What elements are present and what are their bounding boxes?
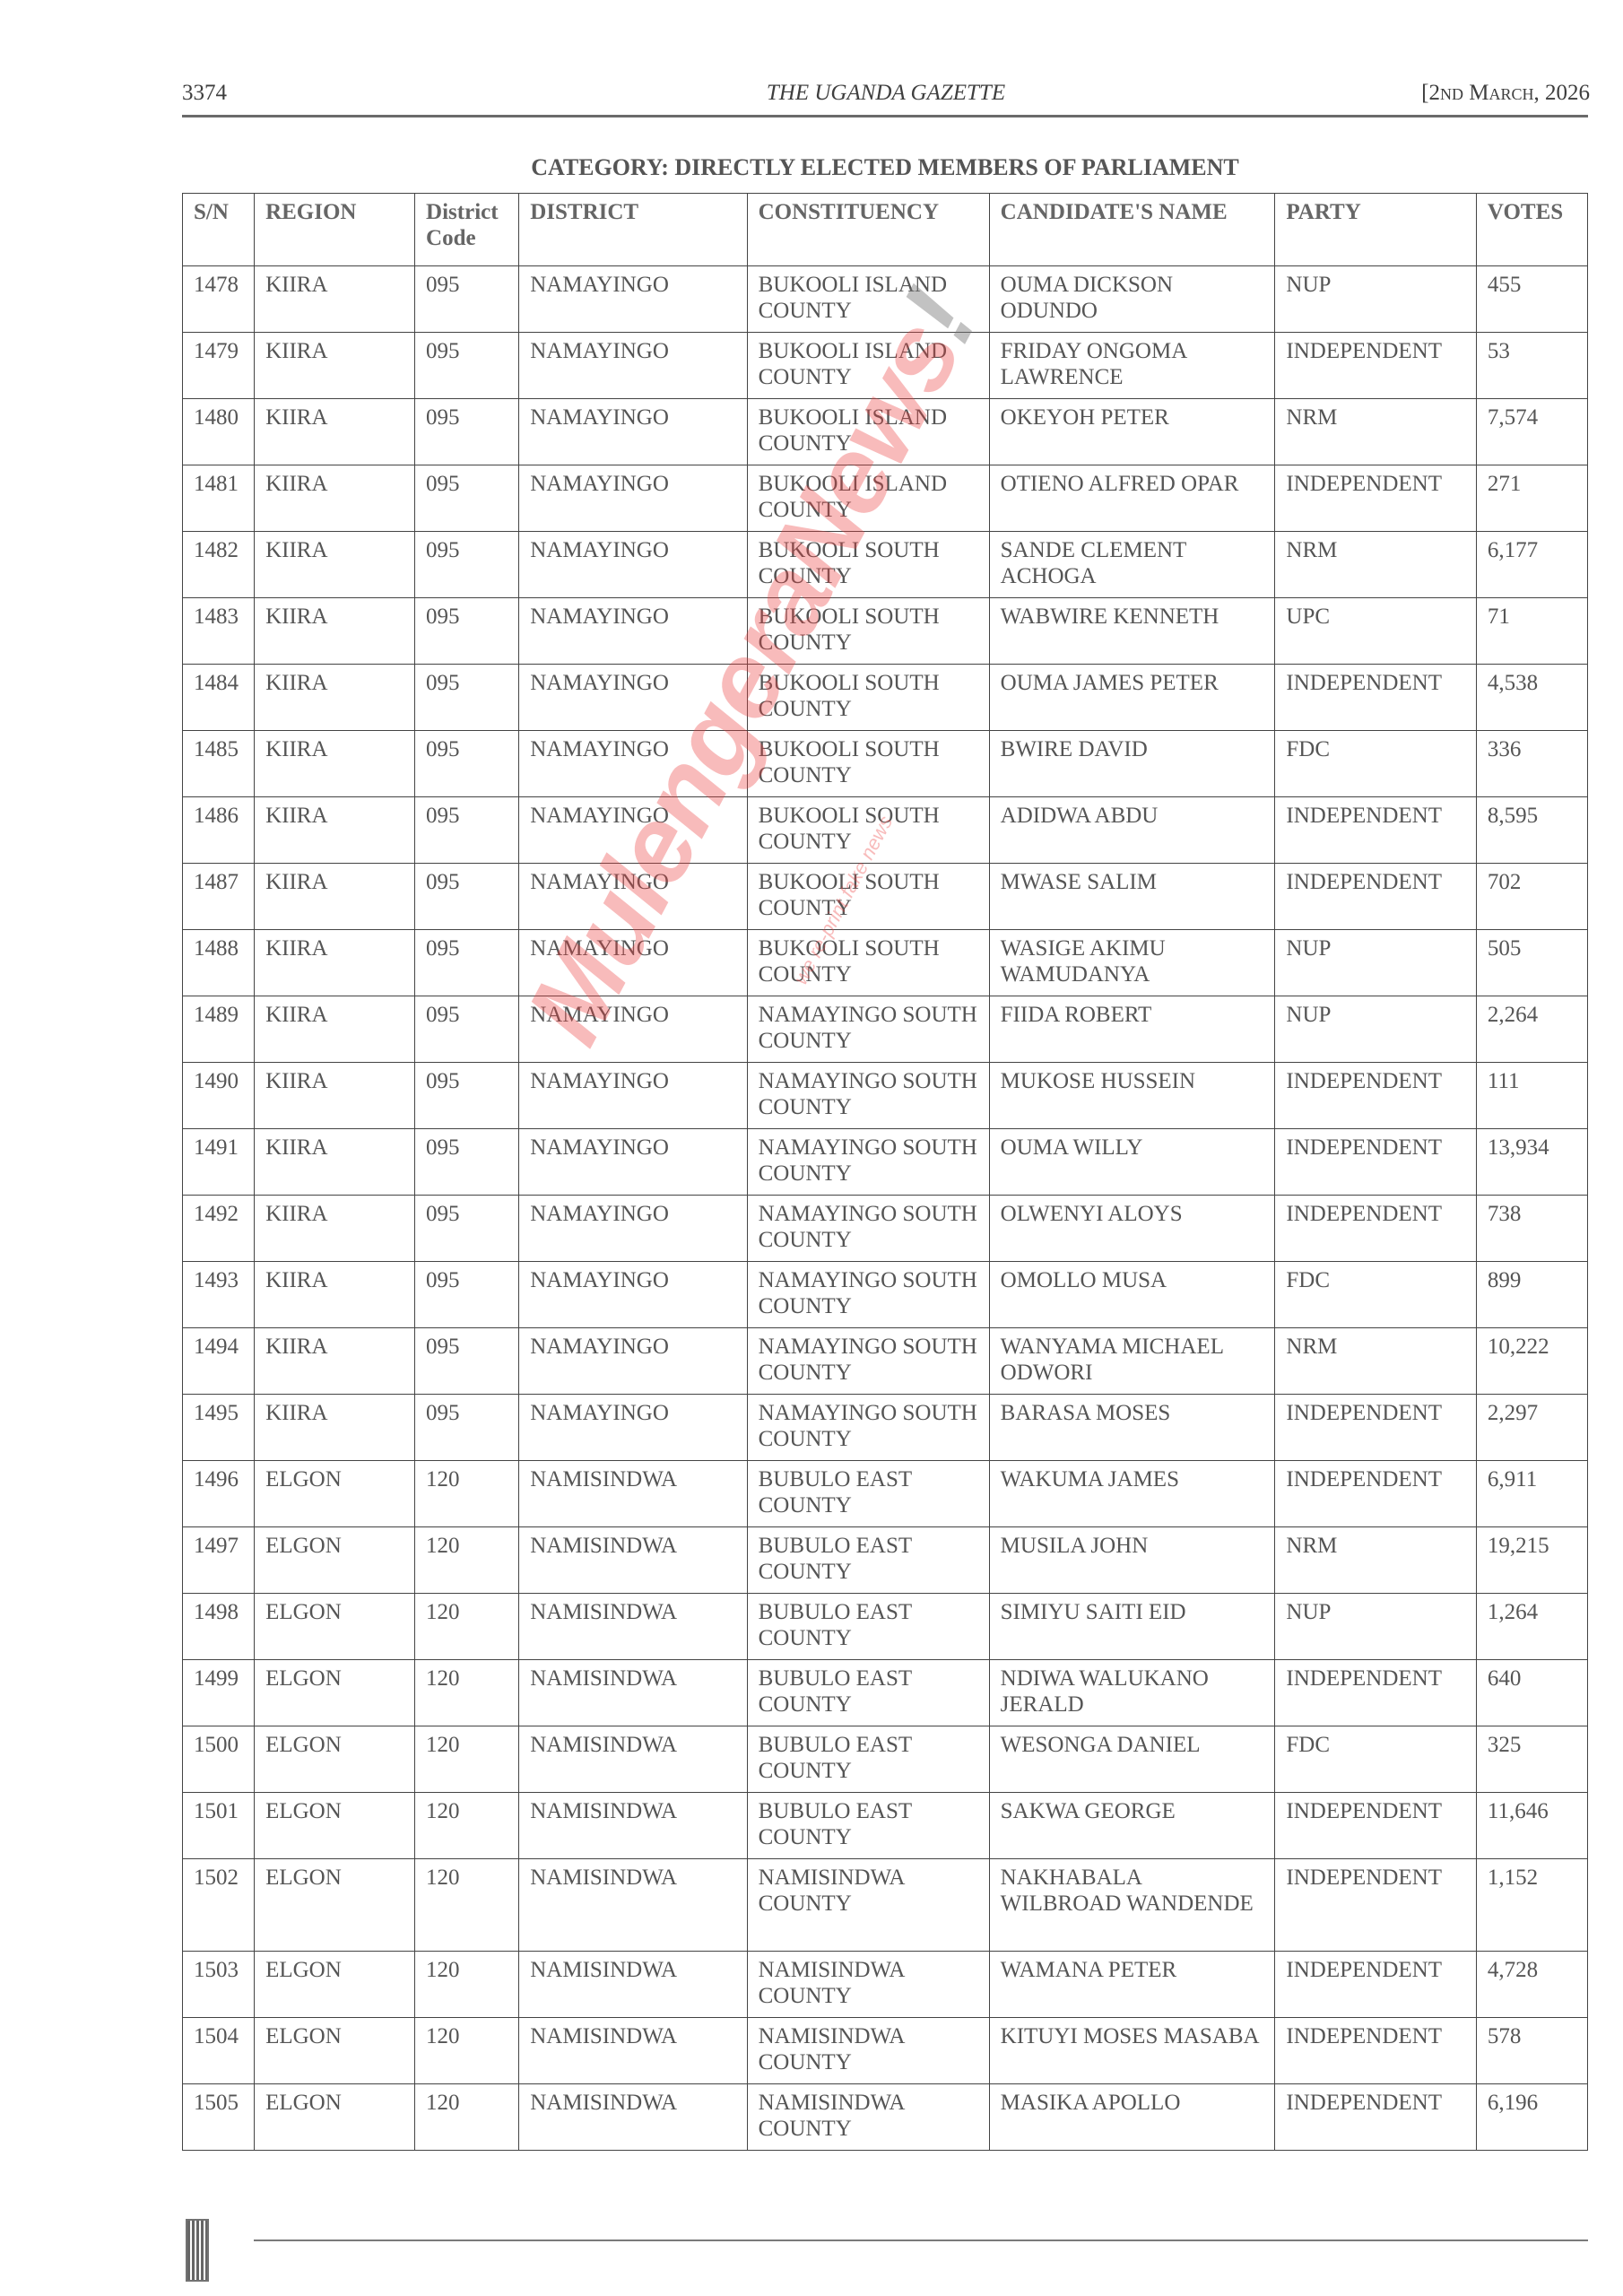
candidate-name-cell: WANYAMA MICHAEL ODWORI: [989, 1328, 1275, 1395]
votes-cell: 640: [1476, 1660, 1587, 1726]
votes-cell: 325: [1476, 1726, 1587, 1793]
constituency-cell: BUKOOLI SOUTH COUNTY: [747, 598, 989, 665]
serial-number-cell: 1497: [183, 1527, 255, 1594]
serial-number-cell: 1482: [183, 532, 255, 598]
candidate-name-cell: ADIDWA ABDU: [989, 797, 1275, 864]
votes-cell: 2,264: [1476, 996, 1587, 1063]
serial-number-cell: 1480: [183, 399, 255, 465]
district-code-cell: 120: [415, 1952, 519, 2018]
district-cell: NAMISINDWA: [519, 1527, 747, 1594]
table-row: 1478KIIRA095NAMAYINGOBUKOOLI ISLAND COUN…: [183, 266, 1588, 333]
candidate-name-cell: WAMANA PETER: [989, 1952, 1275, 2018]
district-code-cell: 095: [415, 598, 519, 665]
constituency-cell: NAMISINDWA COUNTY: [747, 1952, 989, 2018]
page-header: 3374 THE UGANDA GAZETTE [2nd March, 2026: [182, 81, 1590, 113]
table-row: 1486KIIRA095NAMAYINGOBUKOOLI SOUTH COUNT…: [183, 797, 1588, 864]
table-row: 1499ELGON120NAMISINDWABUBULO EAST COUNTY…: [183, 1660, 1588, 1726]
party-cell: NRM: [1275, 532, 1477, 598]
table-row: 1484KIIRA095NAMAYINGOBUKOOLI SOUTH COUNT…: [183, 665, 1588, 731]
region-cell: KIIRA: [255, 532, 415, 598]
district-cell: NAMAYINGO: [519, 864, 747, 930]
district-cell: NAMAYINGO: [519, 996, 747, 1063]
constituency-cell: BUKOOLI SOUTH COUNTY: [747, 665, 989, 731]
district-code-cell: 095: [415, 797, 519, 864]
candidate-name-cell: OUMA WILLY: [989, 1129, 1275, 1196]
serial-number-cell: 1493: [183, 1262, 255, 1328]
district-code-cell: 095: [415, 864, 519, 930]
votes-cell: 738: [1476, 1196, 1587, 1262]
region-cell: KIIRA: [255, 731, 415, 797]
serial-number-cell: 1484: [183, 665, 255, 731]
party-cell: INDEPENDENT: [1275, 465, 1477, 532]
party-cell: INDEPENDENT: [1275, 797, 1477, 864]
region-cell: KIIRA: [255, 1196, 415, 1262]
district-code-cell: 095: [415, 333, 519, 399]
constituency-cell: NAMAYINGO SOUTH COUNTY: [747, 1262, 989, 1328]
serial-number-cell: 1490: [183, 1063, 255, 1129]
district-cell: NAMISINDWA: [519, 1952, 747, 2018]
serial-number-cell: 1499: [183, 1660, 255, 1726]
serial-number-cell: 1492: [183, 1196, 255, 1262]
votes-cell: 899: [1476, 1262, 1587, 1328]
party-cell: INDEPENDENT: [1275, 1395, 1477, 1461]
column-header: VOTES: [1476, 194, 1587, 266]
district-cell: NAMAYINGO: [519, 665, 747, 731]
column-header: PARTY: [1275, 194, 1477, 266]
votes-cell: 2,297: [1476, 1395, 1587, 1461]
district-cell: NAMAYINGO: [519, 1196, 747, 1262]
district-cell: NAMISINDWA: [519, 1461, 747, 1527]
district-code-cell: 120: [415, 1660, 519, 1726]
table-row: 1493KIIRA095NAMAYINGONAMAYINGO SOUTH COU…: [183, 1262, 1588, 1328]
serial-number-cell: 1478: [183, 266, 255, 333]
header-rule: [182, 115, 1588, 117]
constituency-cell: BUKOOLI SOUTH COUNTY: [747, 532, 989, 598]
region-cell: ELGON: [255, 1527, 415, 1594]
table-row: 1490KIIRA095NAMAYINGONAMAYINGO SOUTH COU…: [183, 1063, 1588, 1129]
constituency-cell: NAMISINDWA COUNTY: [747, 2084, 989, 2151]
party-cell: INDEPENDENT: [1275, 333, 1477, 399]
party-cell: INDEPENDENT: [1275, 1196, 1477, 1262]
district-cell: NAMISINDWA: [519, 1660, 747, 1726]
candidate-name-cell: WASIGE AKIMU WAMUDANYA: [989, 930, 1275, 996]
candidate-name-cell: SANDE CLEMENT ACHOGA: [989, 532, 1275, 598]
party-cell: NUP: [1275, 1594, 1477, 1660]
votes-cell: 8,595: [1476, 797, 1587, 864]
constituency-cell: BUKOOLI SOUTH COUNTY: [747, 797, 989, 864]
district-code-cell: 095: [415, 1328, 519, 1395]
candidate-name-cell: OLWENYI ALOYS: [989, 1196, 1275, 1262]
party-cell: NRM: [1275, 1527, 1477, 1594]
table-body: 1478KIIRA095NAMAYINGOBUKOOLI ISLAND COUN…: [183, 266, 1588, 2151]
region-cell: KIIRA: [255, 1129, 415, 1196]
date-year: , 2026: [1534, 81, 1591, 105]
publication-title: THE UGANDA GAZETTE: [182, 81, 1590, 106]
district-code-cell: 095: [415, 1395, 519, 1461]
candidate-name-cell: KITUYI MOSES MASABA: [989, 2018, 1275, 2084]
serial-number-cell: 1502: [183, 1859, 255, 1952]
votes-cell: 6,911: [1476, 1461, 1587, 1527]
constituency-cell: NAMAYINGO SOUTH COUNTY: [747, 1196, 989, 1262]
district-code-cell: 120: [415, 2084, 519, 2151]
district-code-cell: 095: [415, 532, 519, 598]
district-code-cell: 120: [415, 1793, 519, 1859]
constituency-cell: BUBULO EAST COUNTY: [747, 1594, 989, 1660]
district-cell: NAMISINDWA: [519, 1859, 747, 1952]
votes-cell: 1,152: [1476, 1859, 1587, 1952]
region-cell: KIIRA: [255, 665, 415, 731]
constituency-cell: BUKOOLI ISLAND COUNTY: [747, 399, 989, 465]
constituency-cell: BUBULO EAST COUNTY: [747, 1660, 989, 1726]
district-cell: NAMAYINGO: [519, 1063, 747, 1129]
district-cell: NAMAYINGO: [519, 266, 747, 333]
district-code-cell: 095: [415, 1196, 519, 1262]
votes-cell: 111: [1476, 1063, 1587, 1129]
party-cell: INDEPENDENT: [1275, 2018, 1477, 2084]
candidate-name-cell: WESONGA DANIEL: [989, 1726, 1275, 1793]
table-row: 1492KIIRA095NAMAYINGONAMAYINGO SOUTH COU…: [183, 1196, 1588, 1262]
district-code-cell: 120: [415, 2018, 519, 2084]
party-cell: INDEPENDENT: [1275, 864, 1477, 930]
table-row: 1479KIIRA095NAMAYINGOBUKOOLI ISLAND COUN…: [183, 333, 1588, 399]
district-code-cell: 095: [415, 1129, 519, 1196]
publication-date: [2nd March, 2026: [1421, 81, 1590, 106]
district-cell: NAMAYINGO: [519, 797, 747, 864]
column-header: DISTRICT: [519, 194, 747, 266]
candidate-name-cell: WABWIRE KENNETH: [989, 598, 1275, 665]
candidate-name-cell: OUMA DICKSON ODUNDO: [989, 266, 1275, 333]
region-cell: ELGON: [255, 1726, 415, 1793]
column-header: District Code: [415, 194, 519, 266]
party-cell: NUP: [1275, 266, 1477, 333]
table-row: 1495KIIRA095NAMAYINGONAMAYINGO SOUTH COU…: [183, 1395, 1588, 1461]
serial-number-cell: 1487: [183, 864, 255, 930]
region-cell: ELGON: [255, 1793, 415, 1859]
table-row: 1488KIIRA095NAMAYINGOBUKOOLI SOUTH COUNT…: [183, 930, 1588, 996]
candidate-name-cell: OTIENO ALFRED OPAR: [989, 465, 1275, 532]
party-cell: INDEPENDENT: [1275, 1129, 1477, 1196]
constituency-cell: BUKOOLI SOUTH COUNTY: [747, 731, 989, 797]
candidate-name-cell: MUSILA JOHN: [989, 1527, 1275, 1594]
serial-number-cell: 1498: [183, 1594, 255, 1660]
party-cell: INDEPENDENT: [1275, 1063, 1477, 1129]
candidate-name-cell: FIIDA ROBERT: [989, 996, 1275, 1063]
party-cell: INDEPENDENT: [1275, 1952, 1477, 2018]
date-month: nd March: [1440, 81, 1534, 105]
date-day: 2: [1429, 81, 1441, 105]
table-row: 1500ELGON120NAMISINDWABUBULO EAST COUNTY…: [183, 1726, 1588, 1793]
serial-number-cell: 1505: [183, 2084, 255, 2151]
votes-cell: 4,538: [1476, 665, 1587, 731]
district-cell: NAMAYINGO: [519, 532, 747, 598]
party-cell: UPC: [1275, 598, 1477, 665]
party-cell: INDEPENDENT: [1275, 1660, 1477, 1726]
candidate-name-cell: OUMA JAMES PETER: [989, 665, 1275, 731]
constituency-cell: NAMAYINGO SOUTH COUNTY: [747, 1395, 989, 1461]
serial-number-cell: 1504: [183, 2018, 255, 2084]
table-row: 1487KIIRA095NAMAYINGOBUKOOLI SOUTH COUNT…: [183, 864, 1588, 930]
votes-cell: 7,574: [1476, 399, 1587, 465]
table-row: 1503ELGON120NAMISINDWANAMISINDWA COUNTYW…: [183, 1952, 1588, 2018]
constituency-cell: NAMISINDWA COUNTY: [747, 2018, 989, 2084]
table-row: 1501ELGON120NAMISINDWABUBULO EAST COUNTY…: [183, 1793, 1588, 1859]
votes-cell: 1,264: [1476, 1594, 1587, 1660]
region-cell: KIIRA: [255, 465, 415, 532]
serial-number-cell: 1485: [183, 731, 255, 797]
district-code-cell: 095: [415, 1063, 519, 1129]
votes-cell: 336: [1476, 731, 1587, 797]
district-code-cell: 120: [415, 1594, 519, 1660]
votes-cell: 271: [1476, 465, 1587, 532]
table-row: 1502ELGON120NAMISINDWANAMISINDWA COUNTYN…: [183, 1859, 1588, 1952]
candidate-name-cell: OMOLLO MUSA: [989, 1262, 1275, 1328]
constituency-cell: BUBULO EAST COUNTY: [747, 1726, 989, 1793]
votes-cell: 19,215: [1476, 1527, 1587, 1594]
district-code-cell: 120: [415, 1726, 519, 1793]
column-header: CONSTITUENCY: [747, 194, 989, 266]
candidate-name-cell: NAKHABALA WILBROAD WANDENDE: [989, 1859, 1275, 1952]
votes-cell: 53: [1476, 333, 1587, 399]
district-code-cell: 095: [415, 996, 519, 1063]
candidate-name-cell: SIMIYU SAITI EID: [989, 1594, 1275, 1660]
region-cell: ELGON: [255, 1594, 415, 1660]
constituency-cell: BUBULO EAST COUNTY: [747, 1793, 989, 1859]
candidate-name-cell: OKEYOH PETER: [989, 399, 1275, 465]
district-cell: NAMAYINGO: [519, 1395, 747, 1461]
table-row: 1491KIIRA095NAMAYINGONAMAYINGO SOUTH COU…: [183, 1129, 1588, 1196]
region-cell: KIIRA: [255, 333, 415, 399]
party-cell: INDEPENDENT: [1275, 1461, 1477, 1527]
table-row: 1494KIIRA095NAMAYINGONAMAYINGO SOUTH COU…: [183, 1328, 1588, 1395]
candidate-name-cell: BARASA MOSES: [989, 1395, 1275, 1461]
region-cell: ELGON: [255, 2018, 415, 2084]
category-title: CATEGORY: DIRECTLY ELECTED MEMBERS OF PA…: [182, 154, 1588, 181]
party-cell: FDC: [1275, 1726, 1477, 1793]
region-cell: ELGON: [255, 2084, 415, 2151]
table-row: 1498ELGON120NAMISINDWABUBULO EAST COUNTY…: [183, 1594, 1588, 1660]
district-cell: NAMAYINGO: [519, 399, 747, 465]
votes-cell: 13,934: [1476, 1129, 1587, 1196]
district-code-cell: 120: [415, 1527, 519, 1594]
party-cell: INDEPENDENT: [1275, 1859, 1477, 1952]
party-cell: INDEPENDENT: [1275, 1793, 1477, 1859]
table-row: 1482KIIRA095NAMAYINGOBUKOOLI SOUTH COUNT…: [183, 532, 1588, 598]
district-code-cell: 095: [415, 266, 519, 333]
candidate-name-cell: BWIRE DAVID: [989, 731, 1275, 797]
party-cell: NRM: [1275, 1328, 1477, 1395]
votes-cell: 71: [1476, 598, 1587, 665]
region-cell: KIIRA: [255, 797, 415, 864]
district-cell: NAMAYINGO: [519, 1328, 747, 1395]
serial-number-cell: 1488: [183, 930, 255, 996]
results-table: S/NREGIONDistrict CodeDISTRICTCONSTITUEN…: [182, 193, 1588, 2151]
candidate-name-cell: MWASE SALIM: [989, 864, 1275, 930]
district-code-cell: 120: [415, 1461, 519, 1527]
district-code-cell: 095: [415, 930, 519, 996]
table-header-row: S/NREGIONDistrict CodeDISTRICTCONSTITUEN…: [183, 194, 1588, 266]
region-cell: ELGON: [255, 1461, 415, 1527]
constituency-cell: BUKOOLI SOUTH COUNTY: [747, 930, 989, 996]
region-cell: KIIRA: [255, 1262, 415, 1328]
constituency-cell: NAMAYINGO SOUTH COUNTY: [747, 1063, 989, 1129]
region-cell: KIIRA: [255, 266, 415, 333]
footer-rule: [254, 2239, 1588, 2241]
region-cell: ELGON: [255, 1660, 415, 1726]
region-cell: KIIRA: [255, 1063, 415, 1129]
constituency-cell: BUKOOLI ISLAND COUNTY: [747, 266, 989, 333]
table-row: 1504ELGON120NAMISINDWANAMISINDWA COUNTYK…: [183, 2018, 1588, 2084]
district-cell: NAMAYINGO: [519, 1129, 747, 1196]
constituency-cell: BUKOOLI SOUTH COUNTY: [747, 864, 989, 930]
region-cell: KIIRA: [255, 399, 415, 465]
column-header: CANDIDATE'S NAME: [989, 194, 1275, 266]
region-cell: KIIRA: [255, 1328, 415, 1395]
table-row: 1483KIIRA095NAMAYINGOBUKOOLI SOUTH COUNT…: [183, 598, 1588, 665]
date-bracket: [: [1421, 81, 1428, 105]
region-cell: KIIRA: [255, 930, 415, 996]
district-code-cell: 095: [415, 665, 519, 731]
district-cell: NAMAYINGO: [519, 731, 747, 797]
district-cell: NAMAYINGO: [519, 598, 747, 665]
votes-cell: 6,196: [1476, 2084, 1587, 2151]
votes-cell: 10,222: [1476, 1328, 1587, 1395]
district-code-cell: 095: [415, 465, 519, 532]
region-cell: KIIRA: [255, 996, 415, 1063]
serial-number-cell: 1491: [183, 1129, 255, 1196]
serial-number-cell: 1496: [183, 1461, 255, 1527]
serial-number-cell: 1481: [183, 465, 255, 532]
votes-cell: 702: [1476, 864, 1587, 930]
votes-cell: 4,728: [1476, 1952, 1587, 2018]
serial-number-cell: 1501: [183, 1793, 255, 1859]
constituency-cell: NAMAYINGO SOUTH COUNTY: [747, 996, 989, 1063]
column-header: REGION: [255, 194, 415, 266]
table-row: 1505ELGON120NAMISINDWANAMISINDWA COUNTYM…: [183, 2084, 1588, 2151]
district-cell: NAMISINDWA: [519, 2018, 747, 2084]
constituency-cell: BUKOOLI ISLAND COUNTY: [747, 465, 989, 532]
district-code-cell: 120: [415, 1859, 519, 1952]
region-cell: ELGON: [255, 1952, 415, 2018]
region-cell: ELGON: [255, 1859, 415, 1952]
party-cell: NUP: [1275, 996, 1477, 1063]
table-row: 1480KIIRA095NAMAYINGOBUKOOLI ISLAND COUN…: [183, 399, 1588, 465]
candidate-name-cell: MUKOSE HUSSEIN: [989, 1063, 1275, 1129]
serial-number-cell: 1489: [183, 996, 255, 1063]
party-cell: FDC: [1275, 1262, 1477, 1328]
district-cell: NAMAYINGO: [519, 930, 747, 996]
candidate-name-cell: FRIDAY ONGOMA LAWRENCE: [989, 333, 1275, 399]
district-cell: NAMISINDWA: [519, 2084, 747, 2151]
constituency-cell: BUBULO EAST COUNTY: [747, 1461, 989, 1527]
candidate-name-cell: NDIWA WALUKANO JERALD: [989, 1660, 1275, 1726]
votes-cell: 505: [1476, 930, 1587, 996]
constituency-cell: BUBULO EAST COUNTY: [747, 1527, 989, 1594]
district-code-cell: 095: [415, 399, 519, 465]
serial-number-cell: 1479: [183, 333, 255, 399]
candidate-name-cell: MASIKA APOLLO: [989, 2084, 1275, 2151]
serial-number-cell: 1494: [183, 1328, 255, 1395]
votes-cell: 11,646: [1476, 1793, 1587, 1859]
serial-number-cell: 1483: [183, 598, 255, 665]
district-code-cell: 095: [415, 1262, 519, 1328]
column-header: S/N: [183, 194, 255, 266]
constituency-cell: NAMISINDWA COUNTY: [747, 1859, 989, 1952]
region-cell: KIIRA: [255, 864, 415, 930]
constituency-cell: NAMAYINGO SOUTH COUNTY: [747, 1129, 989, 1196]
serial-number-cell: 1503: [183, 1952, 255, 2018]
table-row: 1489KIIRA095NAMAYINGONAMAYINGO SOUTH COU…: [183, 996, 1588, 1063]
table-row: 1481KIIRA095NAMAYINGOBUKOOLI ISLAND COUN…: [183, 465, 1588, 532]
party-cell: FDC: [1275, 731, 1477, 797]
serial-number-cell: 1495: [183, 1395, 255, 1461]
district-cell: NAMAYINGO: [519, 333, 747, 399]
party-cell: NUP: [1275, 930, 1477, 996]
district-cell: NAMISINDWA: [519, 1594, 747, 1660]
party-cell: NRM: [1275, 399, 1477, 465]
candidate-name-cell: WAKUMA JAMES: [989, 1461, 1275, 1527]
district-cell: NAMISINDWA: [519, 1726, 747, 1793]
table-row: 1497ELGON120NAMISINDWABUBULO EAST COUNTY…: [183, 1527, 1588, 1594]
votes-cell: 455: [1476, 266, 1587, 333]
region-cell: KIIRA: [255, 598, 415, 665]
votes-cell: 578: [1476, 2018, 1587, 2084]
party-cell: INDEPENDENT: [1275, 665, 1477, 731]
qr-code-icon: [186, 2219, 209, 2282]
constituency-cell: BUKOOLI ISLAND COUNTY: [747, 333, 989, 399]
party-cell: INDEPENDENT: [1275, 2084, 1477, 2151]
district-cell: NAMAYINGO: [519, 465, 747, 532]
table-row: 1496ELGON120NAMISINDWABUBULO EAST COUNTY…: [183, 1461, 1588, 1527]
serial-number-cell: 1500: [183, 1726, 255, 1793]
serial-number-cell: 1486: [183, 797, 255, 864]
district-code-cell: 095: [415, 731, 519, 797]
region-cell: KIIRA: [255, 1395, 415, 1461]
district-cell: NAMISINDWA: [519, 1793, 747, 1859]
candidate-name-cell: SAKWA GEORGE: [989, 1793, 1275, 1859]
district-cell: NAMAYINGO: [519, 1262, 747, 1328]
constituency-cell: NAMAYINGO SOUTH COUNTY: [747, 1328, 989, 1395]
table-row: 1485KIIRA095NAMAYINGOBUKOOLI SOUTH COUNT…: [183, 731, 1588, 797]
votes-cell: 6,177: [1476, 532, 1587, 598]
